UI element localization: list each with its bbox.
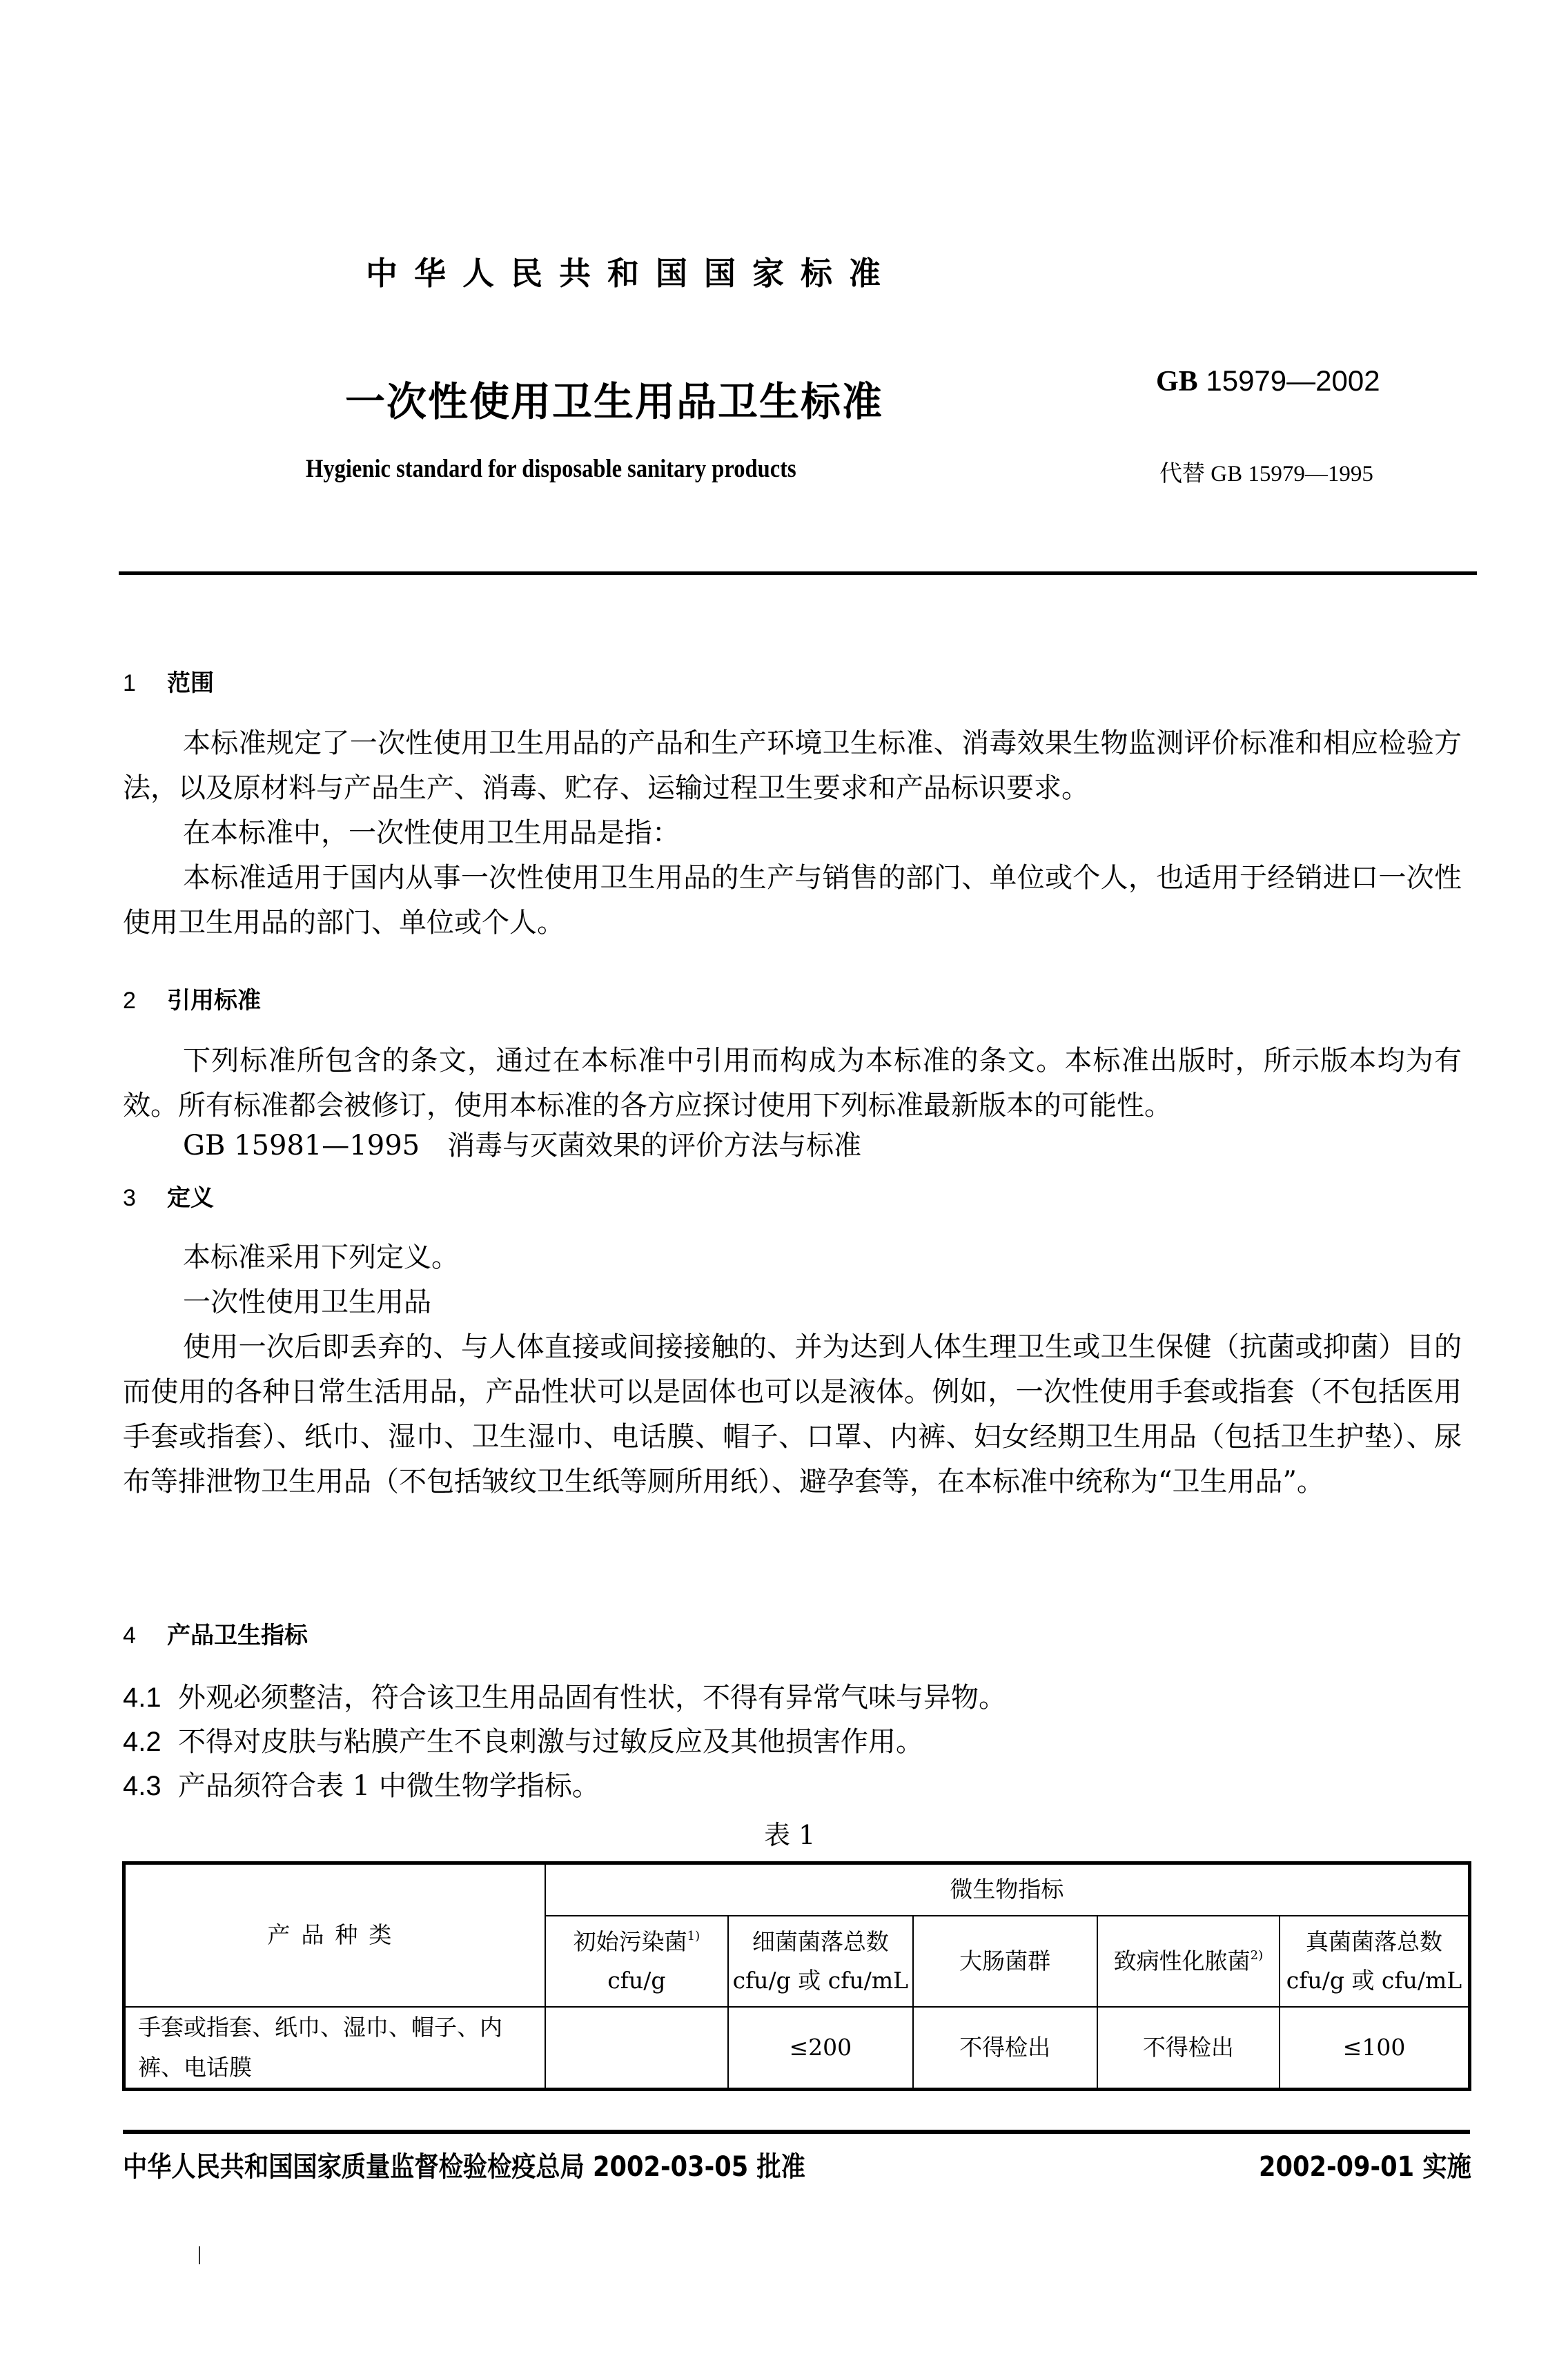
- header-product-type: 产品种类: [124, 1863, 545, 2007]
- standard-code-number: 15979—2002: [1206, 364, 1380, 397]
- table-header-row: 产品种类 微生物指标: [124, 1863, 1470, 1916]
- section-title: 产品卫生指标: [167, 1622, 308, 1649]
- column-name: 致病性化脓菌: [1114, 1948, 1251, 1974]
- section-title: 定义: [167, 1184, 214, 1212]
- definition: 使用一次后即丢弃的、与人体直接或间接接触的、并为达到人体生理卫生或卫生保健（抗菌…: [123, 1325, 1462, 1504]
- column-name: 真菌菌落总数: [1280, 1923, 1468, 1961]
- clause-number: 4.1: [123, 1683, 178, 1714]
- scan-mark: [199, 2246, 200, 2264]
- microbiological-indicators-table: 产品种类 微生物指标 初始污染菌1) cfu/g 细菌菌落总数 cfu/g 或 …: [122, 1861, 1471, 2091]
- header-total-bacteria: 细菌菌落总数 cfu/g 或 cfu/mL: [728, 1916, 912, 2007]
- cell-value: 不得检出: [913, 2007, 1097, 2090]
- implementation-date: 2002-09-01 实施: [1259, 2145, 1471, 2184]
- normative-reference: GB 15981—1995 消毒与灭菌效果的评价方法与标准: [183, 1124, 861, 1163]
- cell-value: ≤200: [728, 2007, 912, 2090]
- clause-4-2: 4.2不得对皮肤与粘膜产生不良刺激与过敏反应及其他损害作用。: [123, 1720, 923, 1759]
- column-name: 细菌菌落总数: [729, 1923, 912, 1961]
- approval-info: 中华人民共和国国家质量监督检验检疫总局 2002-03-05 批准: [123, 2145, 805, 2184]
- section-number: 1: [123, 670, 167, 697]
- column-name: 大肠菌群: [959, 1948, 1050, 1974]
- table-caption: 表 1: [764, 1814, 815, 1852]
- header-initial-contamination: 初始污染菌1) cfu/g: [545, 1916, 728, 2007]
- section-number: 4: [123, 1622, 167, 1649]
- clause-text: 产品须符合表 1 中微生物学指标。: [178, 1770, 600, 1802]
- paragraph: 在本标准中，一次性使用卫生用品是指：: [123, 811, 1462, 856]
- replaces-standard: 代替 GB 15979—1995: [1159, 455, 1373, 488]
- clause-number: 4.2: [123, 1727, 178, 1758]
- footer-divider: [123, 2130, 1470, 2134]
- section-title: 范围: [167, 669, 214, 697]
- section-number: 2: [123, 988, 167, 1014]
- national-standard-label: 中华人民共和国国家标准: [366, 248, 897, 294]
- header-coliforms: 大肠菌群: [913, 1916, 1097, 2007]
- term: 一次性使用卫生用品: [123, 1280, 1462, 1325]
- section-1-heading: 1范围: [123, 664, 214, 698]
- footnote-ref: 1): [687, 1929, 700, 1943]
- section-title: 引用标准: [167, 987, 261, 1014]
- paragraph: 本标准采用下列定义。: [123, 1235, 1462, 1280]
- paragraph: 本标准规定了一次性使用卫生用品的产品和生产环境卫生标准、消毒效果生物监测评价标准…: [123, 721, 1462, 811]
- clause-text: 外观必须整洁，符合该卫生用品固有性状，不得有异常气味与异物。: [178, 1682, 1006, 1714]
- header-microbial-group: 微生物指标: [545, 1863, 1470, 1916]
- header-divider: [119, 571, 1477, 575]
- cell-value: [545, 2007, 728, 2090]
- clause-4-1: 4.1外观必须整洁，符合该卫生用品固有性状，不得有异常气味与异物。: [123, 1676, 1006, 1715]
- english-title: Hygienic standard for disposable sanitar…: [306, 454, 796, 484]
- footnote-ref: 2): [1251, 1948, 1263, 1963]
- standard-code-prefix: GB: [1156, 366, 1198, 398]
- table-row: 手套或指套、纸巾、湿巾、帽子、内裤、电话膜 ≤200 不得检出 不得检出 ≤10…: [124, 2007, 1470, 2090]
- section-2-heading: 2引用标准: [123, 981, 261, 1015]
- standard-code: GB 15979—2002: [1156, 364, 1380, 398]
- cell-value: ≤100: [1280, 2007, 1470, 2090]
- section-number: 3: [123, 1185, 167, 1212]
- page-title: 一次性使用卫生用品卫生标准: [345, 369, 883, 427]
- header-pathogenic-pyogenic: 致病性化脓菌2): [1097, 1916, 1280, 2007]
- cell-value: 不得检出: [1097, 2007, 1280, 2090]
- header-total-fungi: 真菌菌落总数 cfu/g 或 cfu/mL: [1280, 1916, 1470, 2007]
- clause-4-3: 4.3产品须符合表 1 中微生物学指标。: [123, 1764, 600, 1803]
- column-unit: cfu/g 或 cfu/mL: [729, 1961, 912, 2000]
- clause-text: 不得对皮肤与粘膜产生不良刺激与过敏反应及其他损害作用。: [178, 1726, 923, 1758]
- cell-product: 手套或指套、纸巾、湿巾、帽子、内裤、电话膜: [124, 2007, 545, 2090]
- header-label: 产品种类: [267, 1921, 402, 1948]
- paragraph: 下列标准所包含的条文，通过在本标准中引用而构成为本标准的条文。本标准出版时，所示…: [123, 1039, 1462, 1128]
- paragraph: 本标准适用于国内从事一次性使用卫生用品的生产与销售的部门、单位或个人，也适用于经…: [123, 856, 1462, 945]
- column-name: 初始污染菌: [574, 1928, 687, 1955]
- section-4-heading: 4产品卫生指标: [123, 1616, 308, 1650]
- clause-number: 4.3: [123, 1771, 178, 1802]
- section-3-heading: 3定义: [123, 1179, 214, 1213]
- column-unit: cfu/g: [546, 1961, 727, 2000]
- column-unit: cfu/g 或 cfu/mL: [1280, 1961, 1468, 2000]
